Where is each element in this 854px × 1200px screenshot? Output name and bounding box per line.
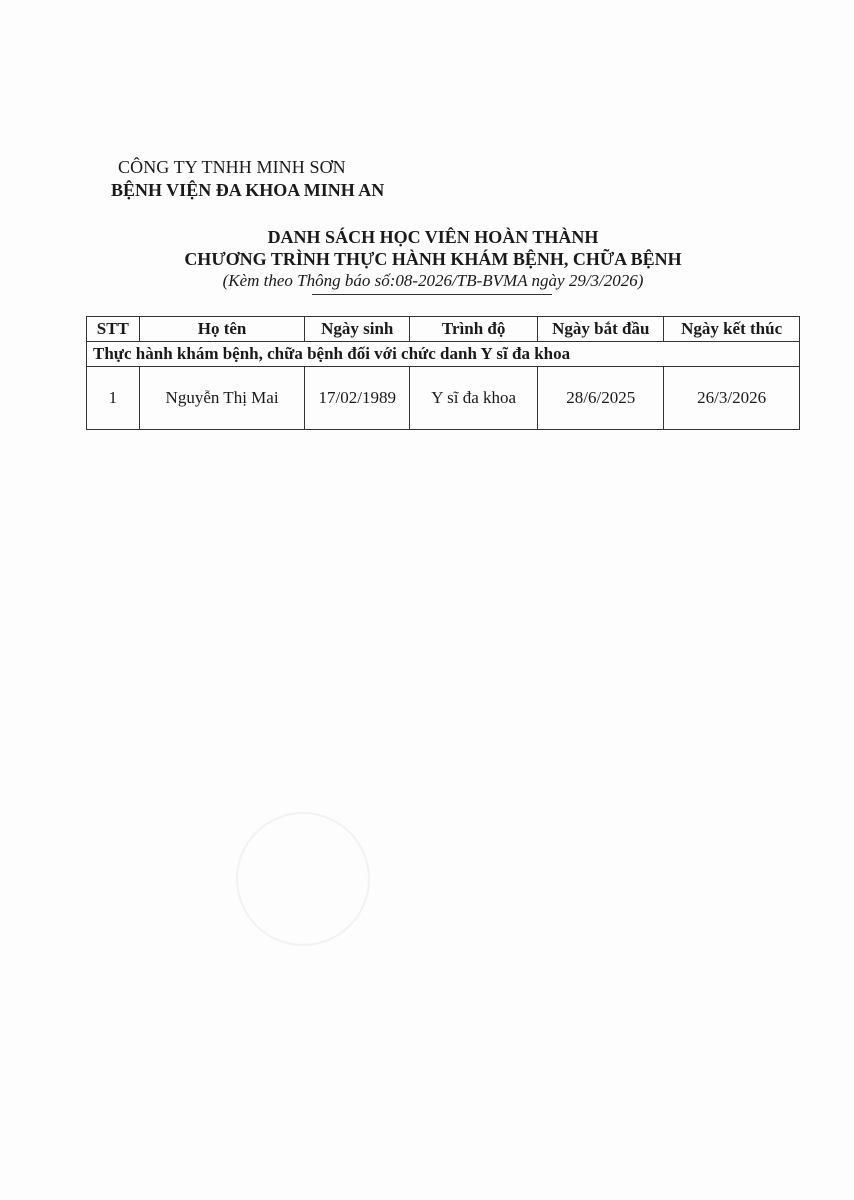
faded-stamp-icon: [236, 812, 370, 946]
column-header-name: Họ tên: [139, 317, 305, 342]
column-header-end-date: Ngày kết thúc: [664, 317, 800, 342]
section-label: Thực hành khám bệnh, chữa bệnh đối với c…: [87, 342, 800, 367]
column-header-stt: STT: [87, 317, 140, 342]
title-reference: (Kèm theo Thông báo số:08-2026/TB-BVMA n…: [12, 270, 854, 292]
cell-stt: 1: [87, 367, 140, 430]
title-divider: [312, 294, 552, 295]
hospital-name: BỆNH VIỆN ĐA KHOA MINH AN: [111, 180, 384, 201]
trainee-table: STT Họ tên Ngày sinh Trình độ Ngày bắt đ…: [86, 316, 800, 430]
cell-end-date: 26/3/2026: [664, 367, 800, 430]
cell-name: Nguyễn Thị Mai: [139, 367, 305, 430]
cell-level: Y sĩ đa khoa: [409, 367, 537, 430]
cell-dob: 17/02/1989: [305, 367, 409, 430]
column-header-start-date: Ngày bắt đầu: [538, 317, 664, 342]
title-line-2: CHƯƠNG TRÌNH THỰC HÀNH KHÁM BỆNH, CHỮA B…: [12, 248, 854, 270]
document-title: DANH SÁCH HỌC VIÊN HOÀN THÀNH CHƯƠNG TRÌ…: [0, 226, 854, 292]
title-line-1: DANH SÁCH HỌC VIÊN HOÀN THÀNH: [12, 226, 854, 248]
cell-start-date: 28/6/2025: [538, 367, 664, 430]
table-row: 1 Nguyễn Thị Mai 17/02/1989 Y sĩ đa khoa…: [87, 367, 800, 430]
column-header-level: Trình độ: [409, 317, 537, 342]
column-header-dob: Ngày sinh: [305, 317, 409, 342]
section-row: Thực hành khám bệnh, chữa bệnh đối với c…: [87, 342, 800, 367]
table-header-row: STT Họ tên Ngày sinh Trình độ Ngày bắt đ…: [87, 317, 800, 342]
company-name: CÔNG TY TNHH MINH SƠN: [118, 157, 346, 178]
